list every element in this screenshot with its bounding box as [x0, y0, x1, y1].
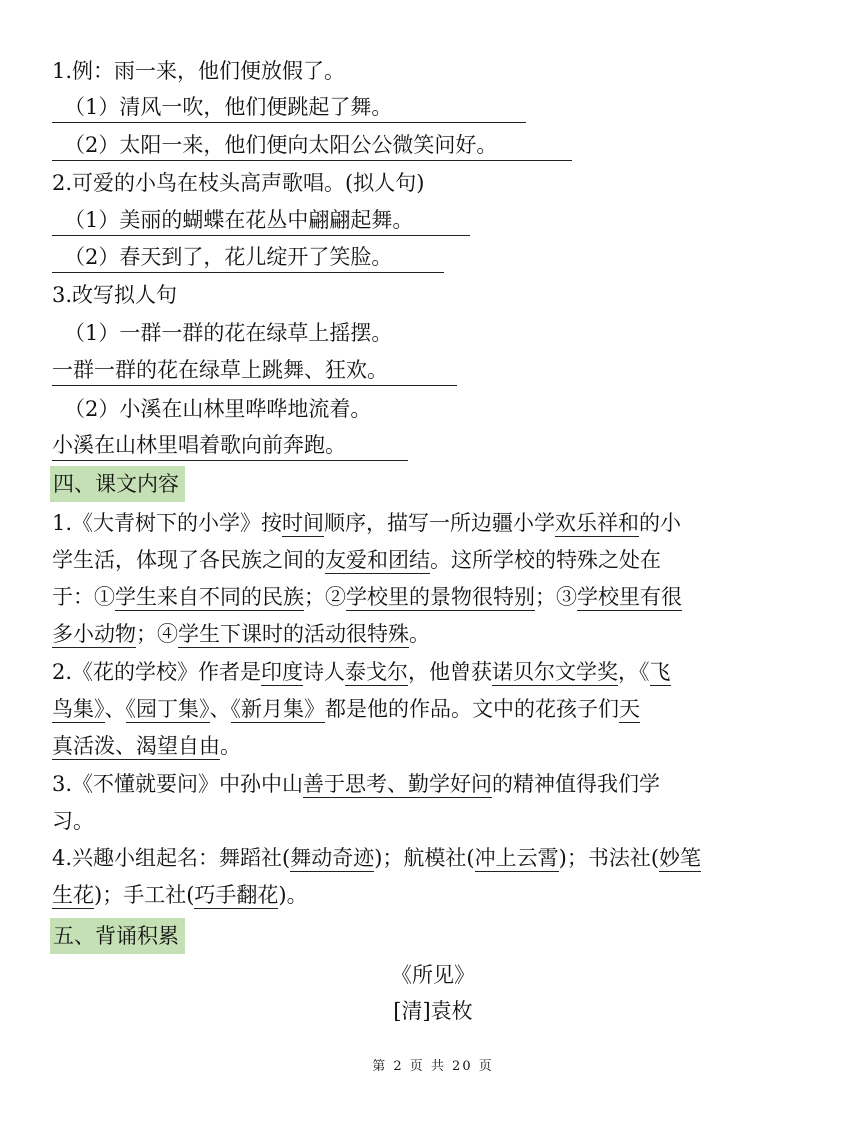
- text-segment: 的小: [639, 511, 681, 535]
- poem-author: [清]袁枚: [0, 996, 866, 1026]
- answer-line: （1）清风一吹，他们便跳起了舞。: [52, 92, 526, 123]
- text-segment: 1.《大青树下的小学》按: [52, 511, 282, 535]
- text-segment: )；书法社(: [559, 846, 659, 870]
- text-segment: ；②: [304, 585, 346, 609]
- text-segment: 4.兴趣小组起名：舞蹈社(: [52, 846, 290, 870]
- text-segment: 都是他的作品。文中的花孩子们: [325, 697, 619, 721]
- text-segment: )；手工社(: [94, 883, 194, 907]
- underlined-answer: 学生来自不同的民族: [115, 585, 304, 611]
- underlined-answer: 妙笔: [659, 846, 701, 872]
- underlined-answer: 学校里的景物很特别: [346, 585, 535, 611]
- text-segment: 的精神值得我们学: [492, 772, 660, 796]
- poem-title: 《所见》: [0, 960, 866, 990]
- underlined-answer: 泰戈尔: [345, 660, 408, 686]
- paragraph-line: 鸟集》、《园丁集》、《新月集》都是他的作品。文中的花孩子们天: [52, 694, 640, 724]
- section-heading: 五、背诵积累: [50, 918, 185, 954]
- text-segment: 、: [210, 697, 231, 721]
- text-segment: 顺序，描写一所边疆小学: [324, 511, 555, 535]
- underlined-answer: 舞动奇迹: [290, 846, 374, 872]
- paragraph-line: 3.《不懂就要问》中孙中山善于思考、勤学好问的精神值得我们学: [52, 769, 660, 799]
- text-segment: 3.《不懂就要问》中孙中山: [52, 772, 303, 796]
- text-segment: 于：①: [52, 585, 115, 609]
- underlined-answer: 鸟集》: [52, 697, 105, 723]
- exercise-line: （2）小溪在山林里哗哗地流着。: [52, 394, 371, 424]
- answer-line: 小溪在山林里唱着歌向前奔跑。: [52, 430, 408, 461]
- paragraph-line: 真活泼、渴望自由。: [52, 731, 241, 761]
- text-segment: )；航模社(: [374, 846, 474, 870]
- underlined-answer: 欢乐祥和: [555, 511, 639, 537]
- underlined-answer: 《新月集》: [231, 697, 326, 723]
- text-segment: ，他曾获: [408, 660, 492, 684]
- text-segment: ；③: [535, 585, 577, 609]
- text-segment: 。: [220, 734, 241, 758]
- underlined-answer: 善于思考、勤学好问: [303, 772, 492, 798]
- underlined-answer: 《园丁集》: [126, 697, 210, 723]
- paragraph-line: 生花)；手工社(巧手翻花)。: [52, 880, 308, 910]
- paragraph-line: 学生活，体现了各民族之间的友爱和团结。这所学校的特殊之处在: [52, 545, 661, 575]
- underlined-answer: 时间: [282, 511, 324, 537]
- paragraph-line: 于：①学生来自不同的民族；②学校里的景物很特别；③学校里有很: [52, 582, 682, 612]
- underlined-answer: 冲上云霄: [475, 846, 559, 872]
- paragraph-line: 1.《大青树下的小学》按时间顺序，描写一所边疆小学欢乐祥和的小: [52, 508, 681, 538]
- underlined-answer: 飞: [650, 660, 671, 686]
- paragraph-line: 2.《花的学校》作者是印度诗人泰戈尔，他曾获诺贝尔文学奖，《飞: [52, 657, 671, 687]
- answer-line: 一群一群的花在绿草上跳舞、狂欢。: [52, 355, 457, 386]
- page-footer: 第 2 页 共 20 页: [0, 1055, 866, 1074]
- text-segment: 。: [409, 622, 430, 646]
- text-segment: ；④: [136, 622, 178, 646]
- text-segment: 2.《花的学校》作者是: [52, 660, 261, 684]
- underlined-answer: 学生下课时的活动很特殊: [178, 622, 409, 648]
- paragraph-line: 习。: [52, 806, 94, 836]
- underlined-answer: 真活泼、渴望自由: [52, 734, 220, 760]
- text-segment: 。这所学校的特殊之处在: [430, 548, 661, 572]
- text-segment: 诗人: [303, 660, 345, 684]
- text-segment: ，《: [618, 660, 650, 684]
- answer-line: （1）美丽的蝴蝶在花丛中翩翩起舞。: [52, 205, 470, 236]
- text-segment: )。: [278, 883, 307, 907]
- exercise-line: （1）一群一群的花在绿草上摇摆。: [52, 318, 392, 348]
- exercise-line: 1.例：雨一来，他们便放假了。: [52, 56, 345, 86]
- text-segment: 、: [105, 697, 126, 721]
- section-heading: 四、课文内容: [50, 466, 185, 502]
- exercise-line: 3.改写拟人句: [52, 280, 177, 310]
- underlined-answer: 友爱和团结: [325, 548, 430, 574]
- answer-line: （2）太阳一来，他们便向太阳公公微笑问好。: [52, 130, 572, 161]
- exercise-line: 2.可爱的小鸟在枝头高声歌唱。(拟人句): [52, 168, 424, 198]
- underlined-answer: 生花: [52, 883, 94, 909]
- paragraph-line: 4.兴趣小组起名：舞蹈社(舞动奇迹)；航模社(冲上云霄)；书法社(妙笔: [52, 843, 701, 873]
- underlined-answer: 天: [619, 697, 640, 723]
- underlined-answer: 学校里有很: [577, 585, 682, 611]
- underlined-answer: 多小动物: [52, 622, 136, 648]
- text-segment: 学生活，体现了各民族之间的: [52, 548, 325, 572]
- underlined-answer: 巧手翻花: [194, 883, 278, 909]
- text-segment: 习。: [52, 809, 94, 833]
- underlined-answer: 诺贝尔文学奖: [492, 660, 618, 686]
- paragraph-line: 多小动物；④学生下课时的活动很特殊。: [52, 619, 430, 649]
- answer-line: （2）春天到了，花儿绽开了笑脸。: [52, 242, 444, 273]
- underlined-answer: 印度: [261, 660, 303, 686]
